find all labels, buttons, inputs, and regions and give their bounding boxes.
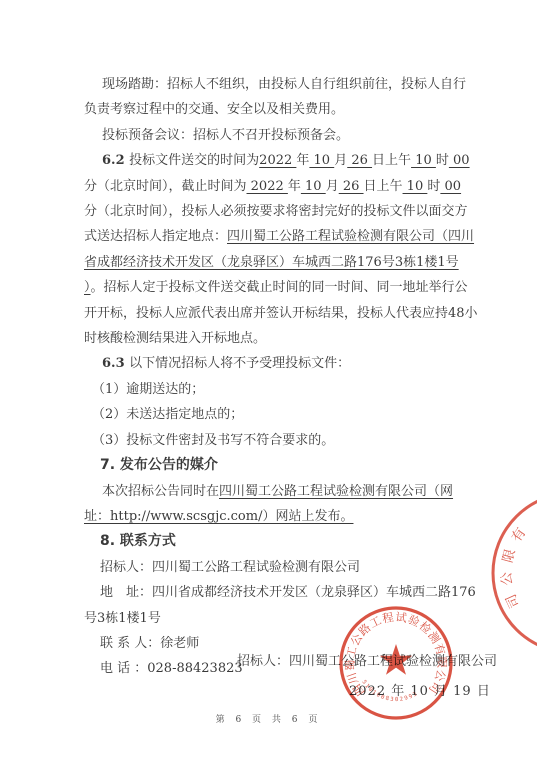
text-segment: 6.2 <box>102 153 129 168</box>
page-number-footer: 第 6 页 共 6 页 <box>0 712 537 725</box>
text-segment: 以下情况招标人将不予受理投标文件： <box>129 356 350 371</box>
paragraph-list: （2）未送达指定地点的； <box>84 402 478 427</box>
paragraph-body: 6.3 以下情况招标人将不予受理投标文件： <box>84 351 478 376</box>
text-segment: 联 系 人：徐老师 <box>100 636 199 651</box>
text-segment: 月 <box>334 153 347 168</box>
partial-seal-char: 公 <box>499 571 516 586</box>
text-segment: 00 <box>449 153 470 168</box>
text-segment: 地 址：四川省成都经济技术开发区（龙泉驿区）车城西二路176号3栋1楼1号 <box>84 585 476 625</box>
text-segment: 日上午 <box>372 153 411 168</box>
paragraph-body: 本次招标公告同时在四川蜀工公路工程试验检测有限公司（网址：http://www.… <box>84 479 478 530</box>
paragraph-contact: 地 址：四川省成都经济技术开发区（龙泉驿区）车城西二路176号3栋1楼1号 <box>84 580 478 631</box>
partial-seal-char: 司 <box>503 591 523 610</box>
text-segment: （1）逾期送达的； <box>92 382 204 397</box>
text-segment: 年 <box>296 153 309 168</box>
text-segment: 10 <box>309 153 334 168</box>
paragraph-contact: 招标人：四川蜀工公路工程试验检测有限公司 <box>84 555 478 580</box>
text-segment: 7. 发布公告的媒介 <box>100 457 218 473</box>
text-segment: 本次招标公告同时在 <box>102 484 219 499</box>
paragraph-body: 现场踏勘：招标人不组织，由投标人自行组织前往，投标人自行负责考察过程中的交通、安… <box>84 72 478 123</box>
scanned-document-page: 现场踏勘：招标人不组织，由投标人自行组织前往，投标人自行负责考察过程中的交通、安… <box>0 0 537 759</box>
text-segment: 2022 <box>259 153 296 168</box>
partial-seal-char: 限 <box>500 547 519 565</box>
text-segment: 。招标人定于投标文件送交截止时间的同一时间、同一地址举行公开开标，投标人应派代表… <box>84 280 478 346</box>
partial-seal-char: 有 <box>508 525 529 545</box>
paragraph-list: （3）投标文件密封及书写不符合要求的。 <box>84 428 478 453</box>
paragraph-list: （1）逾期送达的； <box>84 377 478 402</box>
text-segment: 年 <box>288 179 301 194</box>
text-segment: 6.3 <box>102 356 129 371</box>
text-segment: 投标预备会议：招标人不召开投标预备会。 <box>102 128 349 143</box>
text-segment: （2）未送达指定地点的； <box>92 407 243 422</box>
text-segment: 分（北京时间），截止时间为 <box>84 179 247 194</box>
text-segment: 26 <box>339 179 364 194</box>
text-segment: 日上午 <box>364 179 403 194</box>
paragraph-body: 6.2 投标文件送交的时间为2022 年 10 月 26 日上午 10 时 00… <box>84 148 478 351</box>
partial-seal-outer-ring <box>493 493 537 653</box>
signature-bidder-line: 招标人：四川蜀工公路工程试验检测有限公司 <box>237 650 497 669</box>
text-segment: 时 <box>436 153 449 168</box>
partial-seal-chars: 有限公司 <box>499 525 530 610</box>
text-segment: 月 <box>326 179 339 194</box>
partial-seal-stamp-icon: 有限公司 <box>488 488 537 658</box>
text-segment: 现场踏勘：招标人不组织，由投标人自行组织前往，投标人自行负责考察过程中的交通、安… <box>84 77 466 117</box>
text-segment: 2022 <box>247 179 288 194</box>
document-body: 现场踏勘：招标人不组织，由投标人自行组织前往，投标人自行负责考察过程中的交通、安… <box>84 72 478 682</box>
text-segment: 8. 联系方式 <box>100 533 176 549</box>
text-segment: 10 <box>403 179 428 194</box>
text-segment: 26 <box>347 153 372 168</box>
text-segment: 投标文件送交的时间为 <box>129 153 259 168</box>
signature-date-line: 2022 年 10 月 19 日 <box>349 680 491 699</box>
partial-seal-svg: 有限公司 <box>488 488 537 658</box>
text-segment: 00 <box>440 179 461 194</box>
text-segment: 电 话 ：028-88423823 <box>100 661 243 676</box>
paragraph-body: 投标预备会议：招标人不召开投标预备会。 <box>84 123 478 148</box>
text-segment: （3）投标文件密封及书写不符合要求的。 <box>92 433 334 448</box>
paragraph-heading: 8. 联系方式 <box>84 529 478 554</box>
text-segment: 10 <box>411 153 436 168</box>
text-segment: 时 <box>427 179 440 194</box>
paragraph-heading: 7. 发布公告的媒介 <box>84 453 478 478</box>
text-segment: 招标人：四川蜀工公路工程试验检测有限公司 <box>100 560 360 575</box>
text-segment: 10 <box>301 179 326 194</box>
